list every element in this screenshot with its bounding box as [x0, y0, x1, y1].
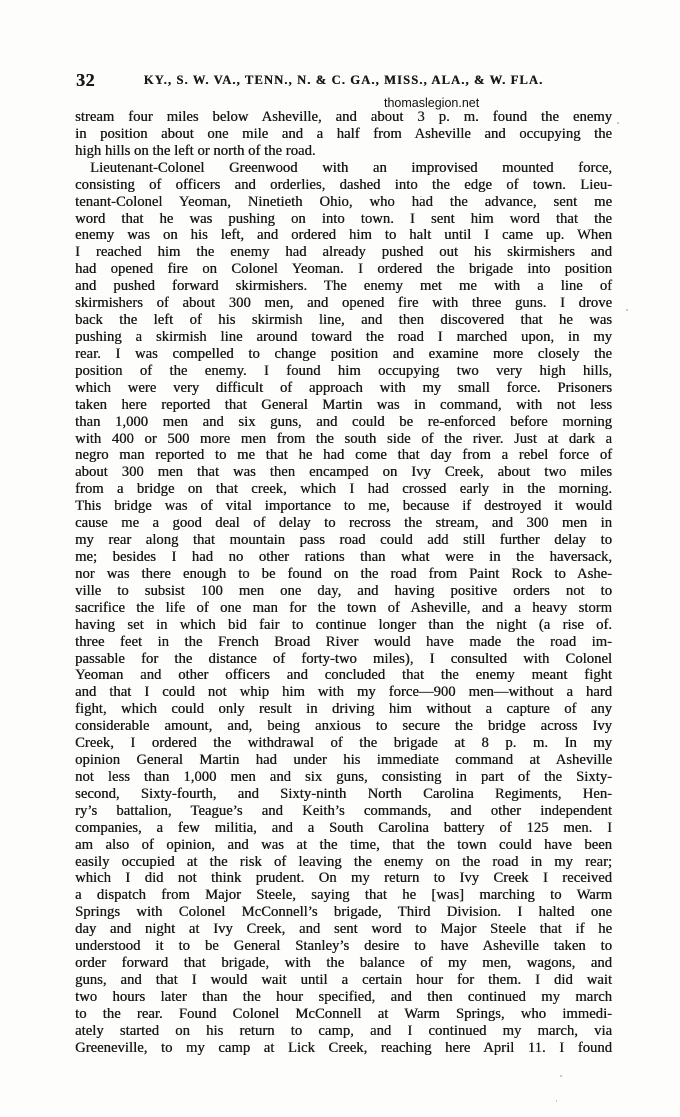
text-line: not less than 1,000 men and six guns, co…: [75, 769, 612, 786]
text-line: three feet in the French Broad River wou…: [75, 634, 612, 651]
text-line: back the left of his skirmish line, and …: [75, 312, 612, 329]
text-line: two hours later than the hour specified,…: [75, 989, 612, 1006]
text-line: am also of opinion, and was at the time,…: [75, 837, 612, 854]
text-line: I reached him the enemy had already push…: [75, 244, 612, 261]
text-line: guns, and that I would wait until a cert…: [75, 972, 612, 989]
text-line: ville to subsist 100 men one day, and ha…: [75, 583, 612, 600]
text-line: which I did not think prudent. On my ret…: [75, 870, 612, 887]
text-line: This bridge was of vital importance to m…: [75, 498, 612, 515]
text-line: a dispatch from Major Steele, saying tha…: [75, 887, 612, 904]
text-line: Yeoman and other officers and concluded …: [75, 667, 612, 684]
text-line: and pushed forward skirmishers. The enem…: [75, 278, 612, 295]
text-line: taken here reported that General Martin …: [75, 397, 612, 414]
scanned-page: 32 KY., S. W. VA., TENN., N. & C. GA., M…: [0, 0, 680, 1117]
scan-speck: [617, 122, 619, 124]
text-line: than 1,000 men and six guns, and could b…: [75, 414, 612, 431]
text-line: Greeneville, to my camp at Lick Creek, r…: [75, 1040, 612, 1057]
site-watermark: thomaslegion.net: [384, 96, 479, 110]
text-line: had opened fire on Colonel Yeoman. I ord…: [75, 261, 612, 278]
text-line: having set in which bid fair to continue…: [75, 617, 612, 634]
text-line: second, Sixty-fourth, and Sixty-ninth No…: [75, 786, 612, 803]
text-line: position of the enemy. I found him occup…: [75, 363, 612, 380]
text-line: day and night at Ivy Creek, and sent wor…: [75, 921, 612, 938]
text-line: negro man reported to me that he had com…: [75, 447, 612, 464]
text-line: companies, a few militia, and a South Ca…: [75, 820, 612, 837]
scan-speck: [560, 1075, 562, 1077]
text-line: from a bridge on that creek, which I had…: [75, 481, 612, 498]
text-line: Lieutenant-Colonel Greenwood with an imp…: [75, 160, 612, 177]
text-line: fight, which could only result in drivin…: [75, 701, 612, 718]
text-line: my rear along that mountain pass road co…: [75, 532, 612, 549]
text-line: skirmishers of about 300 men, and opened…: [75, 295, 612, 312]
text-line: stream four miles below Asheville, and a…: [75, 109, 612, 126]
text-line: easily occupied at the risk of leaving t…: [75, 854, 612, 871]
text-line: and that I could not whip him with my fo…: [75, 684, 612, 701]
text-line: rear. I was compelled to change position…: [75, 346, 612, 363]
text-line: consisting of officers and orderlies, da…: [75, 177, 612, 194]
text-line: enemy was on his left, and ordered him t…: [75, 227, 612, 244]
scan-speck: [420, 196, 422, 197]
text-line: tenant-Colonel Yeoman, Ninetieth Ohio, w…: [75, 194, 612, 211]
text-line: considerable amount, and, being anxious …: [75, 718, 612, 735]
text-line: high hills on the left or north of the r…: [75, 143, 612, 160]
running-header-title: KY., S. W. VA., TENN., N. & C. GA., MISS…: [75, 73, 612, 88]
text-line: me; besides I had no other rations than …: [75, 549, 612, 566]
text-line: passable for the distance of forty-two m…: [75, 651, 612, 668]
text-line: pushing a skirmish line around toward th…: [75, 329, 612, 346]
scan-speck: [626, 309, 628, 311]
text-line: sacrifice the life of one man for the to…: [75, 600, 612, 617]
text-line: in position about one mile and a half fr…: [75, 126, 612, 143]
text-line: nor was there enough to be found on the …: [75, 566, 612, 583]
text-line: ately started on his return to camp, and…: [75, 1023, 612, 1040]
text-line: opinion General Martin had under his imm…: [75, 752, 612, 769]
text-line: Creek, I ordered the withdrawal of the b…: [75, 735, 612, 752]
text-line: Springs with Colonel McConnell’s brigade…: [75, 904, 612, 921]
text-line: cause me a good deal of delay to recross…: [75, 515, 612, 532]
text-line: order forward that brigade, with the bal…: [75, 955, 612, 972]
text-line: understood it to be General Stanley’s de…: [75, 938, 612, 955]
text-line: word that he was pushing on into town. I…: [75, 211, 612, 228]
scan-speck: [556, 1100, 557, 1102]
scan-speck: [600, 641, 601, 642]
text-line: to the rear. Found Colonel McConnell at …: [75, 1006, 612, 1023]
running-header: 32 KY., S. W. VA., TENN., N. & C. GA., M…: [75, 70, 612, 90]
report-body: stream four miles below Asheville, and a…: [75, 109, 612, 1057]
text-line: ry’s battalion, Teague’s and Keith’s com…: [75, 803, 612, 820]
text-line: with 400 or 500 more men from the south …: [75, 431, 612, 448]
text-line: which were very difficult of approach wi…: [75, 380, 612, 397]
text-line: about 300 men that was then encamped on …: [75, 464, 612, 481]
